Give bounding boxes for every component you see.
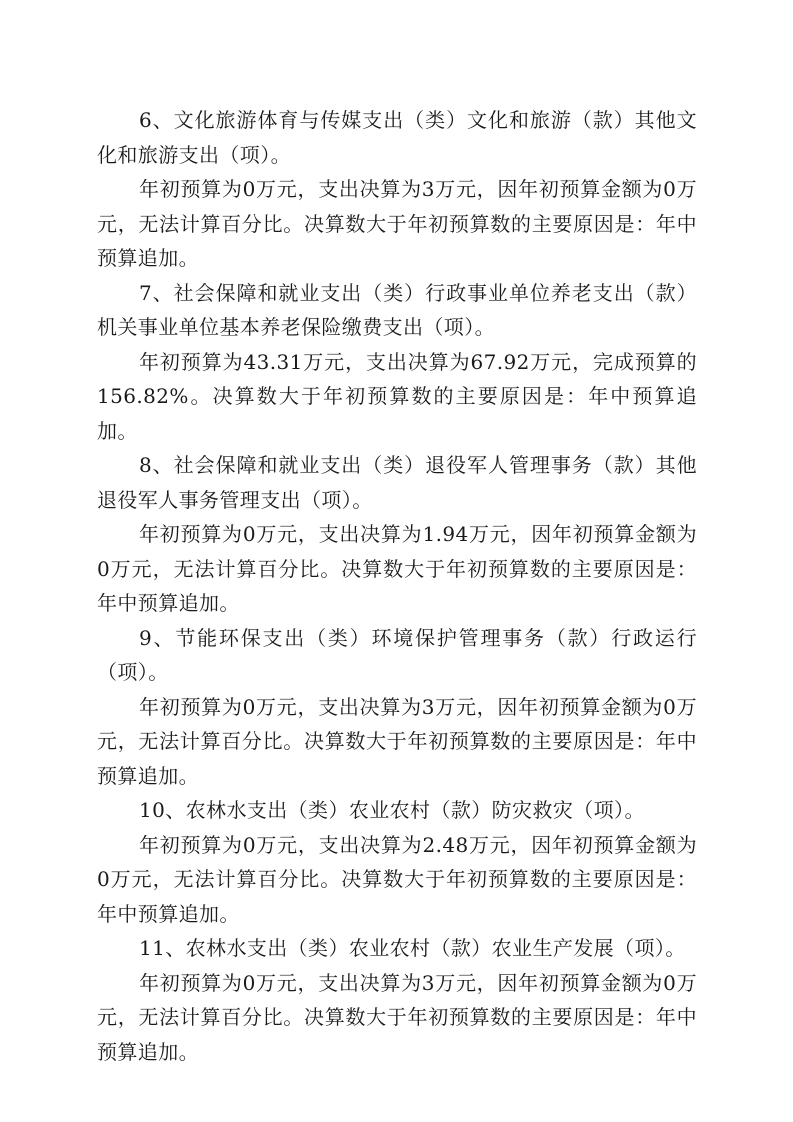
item-11-heading: 11、农林水支出（类）农业农村（款）农业生产发展（项）。 [97,931,697,966]
item-9-heading: 9、节能环保支出（类）环境保护管理事务（款）行政运行（项）。 [97,621,697,690]
document-page: 6、文化旅游体育与传媒支出（类）文化和旅游（款）其他文化和旅游支出（项）。 年初… [97,103,697,1069]
item-8-heading: 8、社会保障和就业支出（类）退役军人管理事务（款）其他退役军人事务管理支出（项）… [97,448,697,517]
item-10-body: 年初预算为0万元，支出决算为2.48万元，因年初预算金额为0万元，无法计算百分比… [97,828,697,932]
item-6-body: 年初预算为0万元，支出决算为3万元，因年初预算金额为0万元，无法计算百分比。决算… [97,172,697,276]
item-7-heading: 7、社会保障和就业支出（类）行政事业单位养老支出（款）机关事业单位基本养老保险缴… [97,276,697,345]
item-8-body: 年初预算为0万元，支出决算为1.94万元，因年初预算金额为0万元，无法计算百分比… [97,517,697,621]
item-9-body: 年初预算为0万元，支出决算为3万元，因年初预算金额为0万元，无法计算百分比。决算… [97,690,697,794]
item-6-heading: 6、文化旅游体育与传媒支出（类）文化和旅游（款）其他文化和旅游支出（项）。 [97,103,697,172]
item-7-body: 年初预算为43.31万元，支出决算为67.92万元，完成预算的156.82%。决… [97,345,697,449]
item-11-body: 年初预算为0万元，支出决算为3万元，因年初预算金额为0万元，无法计算百分比。决算… [97,966,697,1070]
item-10-heading: 10、农林水支出（类）农业农村（款）防灾救灾（项）。 [97,793,697,828]
